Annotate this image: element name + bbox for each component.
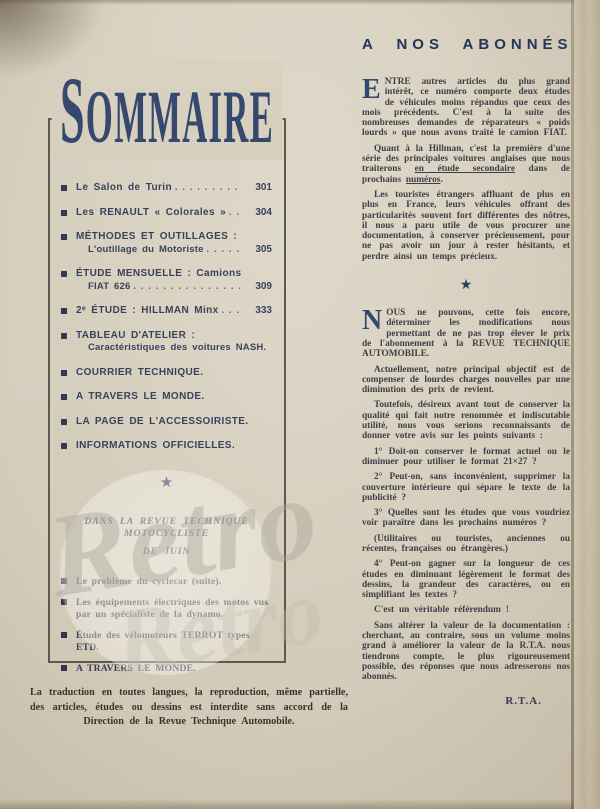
square-bullet-icon: [61, 394, 67, 400]
square-bullet-icon: [61, 333, 67, 339]
toc-page-number: 301: [246, 182, 272, 193]
moto-item-label: Les équipements électriques des motos vu…: [76, 597, 272, 621]
page-edge-strip: [574, 0, 600, 809]
moto-item-label: A TRAVERS LE MONDE.: [76, 663, 196, 675]
scanned-page: SOMMAIRE Le Salon de Turin301Les RENAULT…: [0, 0, 600, 809]
square-bullet-icon: [61, 632, 67, 638]
toc-item: INFORMATIONS OFFICIELLES.: [61, 440, 272, 453]
toc-page-number: 304: [246, 207, 272, 218]
scan-bottom-edge: [0, 799, 600, 809]
toc-entry-label: A TRAVERS LE MONDE.: [76, 391, 205, 404]
toc-row-subline: FIAT 626309: [61, 281, 272, 294]
toc-row: 2ᵉ ÉTUDE : HILLMAN Minx333: [61, 305, 272, 318]
moto-list-item: A TRAVERS LE MONDE.: [61, 663, 272, 675]
abonnes-heading: A NOS ABONNÉS: [362, 36, 570, 53]
paragraph: NOUS ne pouvons, cette fois encore, déte…: [362, 308, 570, 359]
toc-item: MÉTHODES ET OUTILLAGES :L'outillage du M…: [61, 231, 272, 256]
toc-page-number: 333: [246, 305, 272, 316]
moto-section-heading-line1: DANS LA REVUE TECHNIQUE MOTOCYCLISTE: [61, 516, 272, 540]
dot-leader: [207, 244, 243, 254]
paragraph: (Utilitaires ou touristes, anciennes ou …: [362, 534, 570, 555]
dot-leader: [134, 281, 244, 291]
toc-row: MÉTHODES ET OUTILLAGES :: [61, 231, 272, 244]
square-bullet-icon: [61, 185, 67, 191]
toc-entry-label: MÉTHODES ET OUTILLAGES :: [76, 231, 237, 244]
toc-entry-sublabel: Caractéristiques des voitures NASH.: [88, 342, 266, 355]
signature: R.T.A.: [362, 695, 570, 707]
moto-list: Le problème du cyclecar (suite).Les équi…: [61, 576, 272, 675]
toc-list: Le Salon de Turin301Les RENAULT « Colora…: [61, 182, 272, 453]
abonnes-paragraphs: ENTRE autres articles du plus grand inté…: [362, 77, 570, 683]
toc-row-subline: Caractéristiques des voitures NASH.: [61, 342, 272, 355]
underlined-phrase: numéros: [406, 175, 440, 185]
toc-entry-label: Le Salon de Turin: [76, 182, 172, 195]
square-bullet-icon: [61, 443, 67, 449]
paragraph: 4° Peut-on gagner sur la longueur de ces…: [362, 559, 570, 600]
paragraph: ENTRE autres articles du plus grand inté…: [362, 77, 570, 139]
toc-row: ÉTUDE MENSUELLE : Camions: [61, 268, 272, 281]
sommaire-box: SOMMAIRE Le Salon de Turin301Les RENAULT…: [48, 118, 286, 663]
paragraph: Quant à la Hillman, c'est la première d'…: [362, 144, 570, 185]
paragraph: 2° Peut-on, sans inconvénient, supprimer…: [362, 472, 570, 503]
toc-page-number: 305: [246, 244, 272, 255]
toc-item: Les RENAULT « Colorales »304: [61, 207, 272, 220]
toc-row: Les RENAULT « Colorales »304: [61, 207, 272, 220]
toc-row: INFORMATIONS OFFICIELLES.: [61, 440, 272, 453]
moto-list-item: Étude des vélomoteurs TERROT types ETD.: [61, 630, 272, 654]
dot-leader: [175, 182, 243, 192]
toc-row: A TRAVERS LE MONDE.: [61, 391, 272, 404]
toc-row: COURRIER TECHNIQUE.: [61, 367, 272, 380]
moto-section-heading-line2: DE JUIN: [61, 546, 272, 558]
square-bullet-icon: [61, 210, 67, 216]
toc-entry-label: ÉTUDE MENSUELLE : Camions: [76, 268, 241, 281]
star-icon: ★: [61, 473, 272, 492]
moto-list-item: Le problème du cyclecar (suite).: [61, 576, 272, 588]
moto-item-label: Étude des vélomoteurs TERROT types ETD.: [76, 630, 272, 654]
square-bullet-icon: [61, 599, 67, 605]
toc-page-number: 309: [246, 281, 272, 292]
toc-entry-label: Les RENAULT « Colorales »: [76, 207, 226, 220]
toc-entry-label: COURRIER TECHNIQUE.: [76, 367, 203, 380]
toc-entry-label: INFORMATIONS OFFICIELLES.: [76, 440, 235, 453]
page-title: SOMMAIRE: [52, 60, 283, 161]
toc-entry-sublabel: FIAT 626: [88, 281, 131, 294]
star-icon: ★: [362, 277, 570, 294]
toc-item: COURRIER TECHNIQUE.: [61, 367, 272, 380]
toc-row: LA PAGE DE L'ACCESSOIRISTE.: [61, 416, 272, 429]
paragraph: Toutefois, désireux avant tout de conser…: [362, 400, 570, 441]
toc-item: LA PAGE DE L'ACCESSOIRISTE.: [61, 416, 272, 429]
paragraph: Actuellement, notre principal objectif e…: [362, 365, 570, 396]
drop-cap: E: [362, 77, 385, 102]
toc-entry-label: 2ᵉ ÉTUDE : HILLMAN Minx: [76, 305, 219, 318]
underlined-phrase: en étude secondaire: [415, 164, 515, 174]
square-bullet-icon: [61, 419, 67, 425]
dot-leader: [229, 207, 243, 217]
scan-top-edge: [0, 0, 600, 5]
paragraph: 3° Quelles sont les études que vous voud…: [362, 508, 570, 529]
toc-item: 2ᵉ ÉTUDE : HILLMAN Minx333: [61, 305, 272, 318]
square-bullet-icon: [61, 370, 67, 376]
square-bullet-icon: [61, 271, 67, 277]
toc-entry-label: TABLEAU D'ATELIER :: [76, 330, 195, 343]
square-bullet-icon: [61, 665, 67, 671]
toc-row-subline: L'outillage du Motoriste305: [61, 244, 272, 257]
paragraph: 1° Doit-on conserver le format actuel ou…: [362, 447, 570, 468]
toc-item: A TRAVERS LE MONDE.: [61, 391, 272, 404]
drop-cap: N: [362, 308, 386, 333]
moto-list-item: Les équipements électriques des motos vu…: [61, 597, 272, 621]
abonnes-column: A NOS ABONNÉS ENTRE autres articles du p…: [362, 36, 570, 707]
toc-item: TABLEAU D'ATELIER :Caractéristiques des …: [61, 330, 272, 355]
paragraph: C'est un véritable référendum !: [362, 605, 570, 615]
moto-item-label: Le problème du cyclecar (suite).: [76, 576, 221, 588]
paragraph: Les touristes étrangers affluant de plus…: [362, 190, 570, 262]
toc-entry-sublabel: L'outillage du Motoriste: [88, 244, 204, 257]
toc-row: TABLEAU D'ATELIER :: [61, 330, 272, 343]
square-bullet-icon: [61, 234, 67, 240]
dot-leader: [222, 305, 243, 315]
copyright-notice: La traduction en toutes langues, la repr…: [30, 686, 348, 730]
page-edge-line: [571, 0, 574, 809]
toc-row: Le Salon de Turin301: [61, 182, 272, 195]
toc-item: ÉTUDE MENSUELLE : CamionsFIAT 626309: [61, 268, 272, 293]
paragraph: Sans altérer la valeur de la documentati…: [362, 621, 570, 683]
toc-entry-label: LA PAGE DE L'ACCESSOIRISTE.: [76, 416, 249, 429]
square-bullet-icon: [61, 578, 67, 584]
toc-item: Le Salon de Turin301: [61, 182, 272, 195]
square-bullet-icon: [61, 308, 67, 314]
